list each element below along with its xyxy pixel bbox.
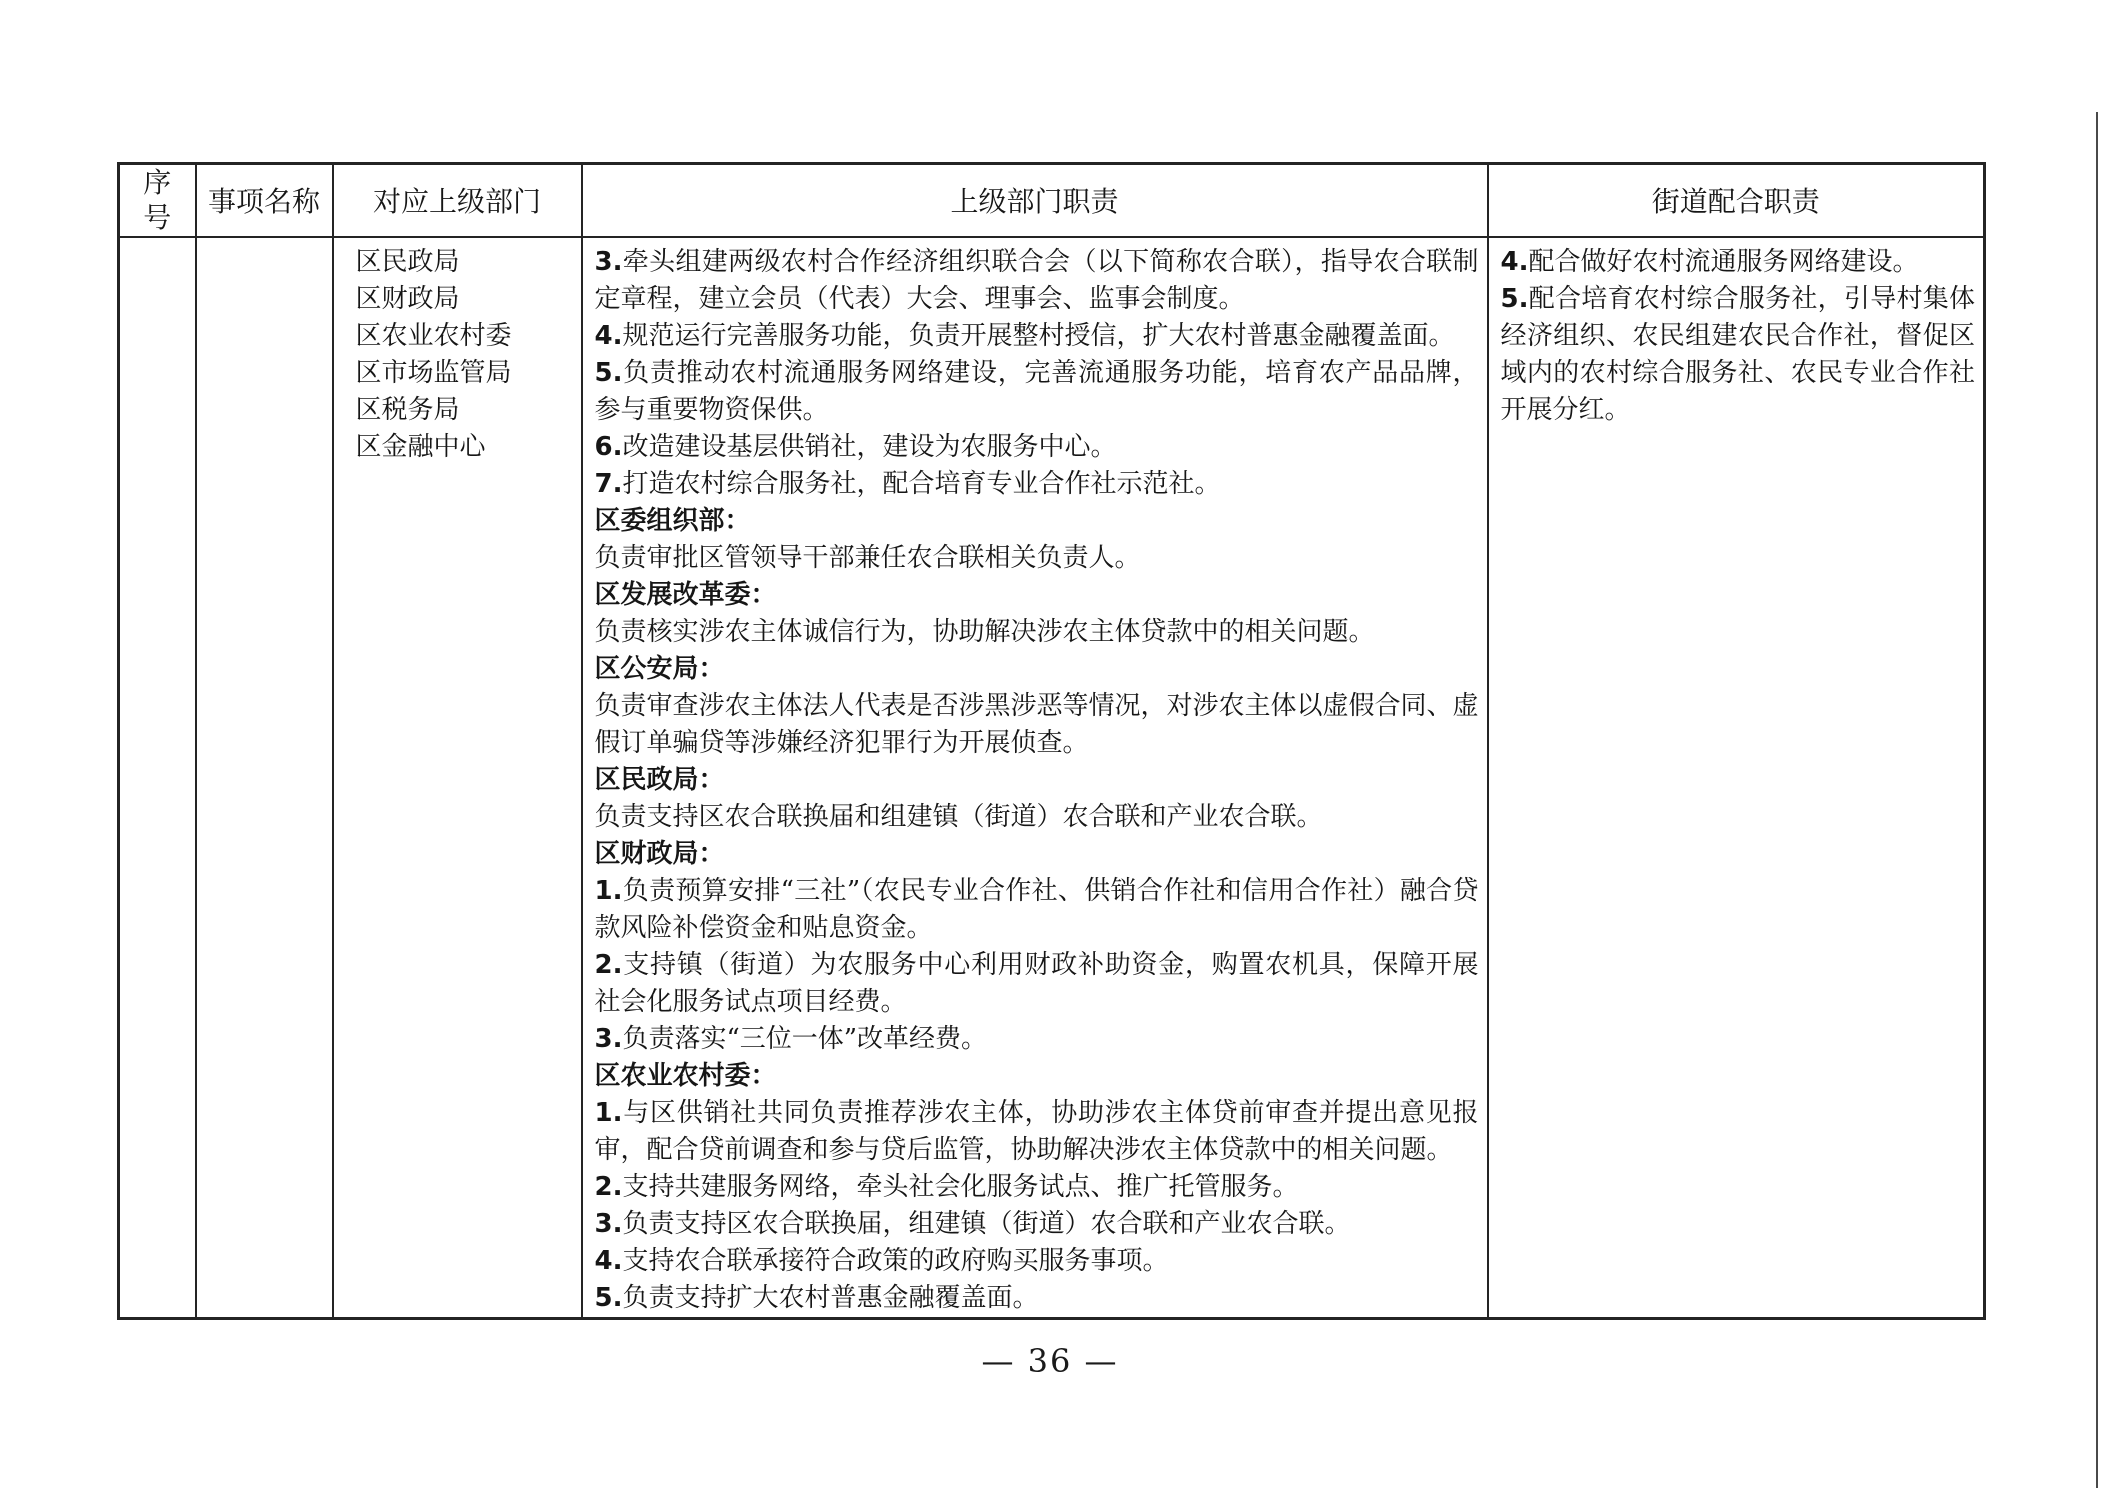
cell-superior-duties: 3.牵头组建两级农村合作经济组织联合会（以下简称农合联），指导农合联制定章程，建… <box>582 237 1488 1319</box>
duty-item-number: 3. <box>595 1024 623 1054</box>
department-item: 区农业农村委 <box>356 318 573 355</box>
duty-item: 3.负责落实“三位一体”改革经费。 <box>595 1021 1479 1058</box>
table-row: 区民政局区财政局区农业农村委区市场监管局区税务局区金融中心 3.牵头组建两级农村… <box>119 237 1985 1319</box>
duty-item: 4.配合做好农村流通服务网络建设。 <box>1501 244 1976 281</box>
duty-item-number: 2. <box>595 1172 623 1202</box>
duty-item: 2.支持共建服务网络，牵头社会化服务试点、推广托管服务。 <box>595 1169 1479 1206</box>
col-header-superior-department: 对应上级部门 <box>333 164 582 237</box>
cell-serial-number <box>119 237 196 1319</box>
duty-item: 4.支持农合联承接符合政策的政府购买服务事项。 <box>595 1243 1479 1280</box>
col-header-superior-duties: 上级部门职责 <box>582 164 1488 237</box>
duty-item: 负责核实涉农主体诚信行为，协助解决涉农主体贷款中的相关问题。 <box>595 614 1479 651</box>
col-header-serial-number: 序号 <box>119 164 196 237</box>
duty-item: 2.支持镇（街道）为农服务中心利用财政补助资金，购置农机具，保障开展社会化服务试… <box>595 947 1479 1021</box>
department-item: 区市场监管局 <box>356 355 573 392</box>
department-item: 区税务局 <box>356 392 573 429</box>
duty-item: 5.负责支持扩大农村普惠金融覆盖面。 <box>595 1280 1479 1317</box>
page-number: — 36 — <box>117 1342 1983 1380</box>
duty-item-number: 4. <box>595 321 623 351</box>
duty-item: 1.负责预算安排“三社”（农民专业合作社、供销合作社和信用合作社）融合贷款风险补… <box>595 873 1479 947</box>
duty-section-heading: 区民政局： <box>595 762 1479 799</box>
duty-item-number: 1. <box>595 1098 623 1128</box>
duty-section-heading: 区农业农村委： <box>595 1058 1479 1095</box>
cell-superior-departments: 区民政局区财政局区农业农村委区市场监管局区税务局区金融中心 <box>333 237 582 1319</box>
superior-duties-list: 3.牵头组建两级农村合作经济组织联合会（以下简称农合联），指导农合联制定章程，建… <box>595 244 1479 1317</box>
col-header-serial-number-label: 序号 <box>141 165 173 235</box>
department-item: 区民政局 <box>356 244 573 281</box>
duty-item: 负责审批区管领导干部兼任农合联相关负责人。 <box>595 540 1479 577</box>
duty-section-heading: 区委组织部： <box>595 503 1479 540</box>
col-header-street-duties: 街道配合职责 <box>1488 164 1985 237</box>
header-row: 序号 事项名称 对应上级部门 上级部门职责 街道配合职责 <box>119 164 1985 237</box>
duty-item-number: 3. <box>595 247 623 277</box>
duty-item-number: 2. <box>595 950 623 980</box>
cell-item-name <box>196 237 333 1319</box>
duty-item: 6.改造建设基层供销社，建设为农服务中心。 <box>595 429 1479 466</box>
col-header-item-name: 事项名称 <box>196 164 333 237</box>
department-item: 区金融中心 <box>356 429 573 466</box>
duty-item: 1.与区供销社共同负责推荐涉农主体，协助涉农主体贷前审查并提出意见报审，配合贷前… <box>595 1095 1479 1169</box>
duty-item-number: 7. <box>595 469 623 499</box>
duty-item-number: 1. <box>595 876 623 906</box>
duty-item: 7.打造农村综合服务社，配合培育专业合作社示范社。 <box>595 466 1479 503</box>
cell-street-duties: 4.配合做好农村流通服务网络建设。5.配合培育农村综合服务社，引导村集体经济组织… <box>1488 237 1985 1319</box>
duty-item: 3.牵头组建两级农村合作经济组织联合会（以下简称农合联），指导农合联制定章程，建… <box>595 244 1479 318</box>
duty-item-number: 6. <box>595 432 623 462</box>
duty-item: 负责支持区农合联换届和组建镇（街道）农合联和产业农合联。 <box>595 799 1479 836</box>
duty-section-heading: 区财政局： <box>595 836 1479 873</box>
duty-item-number: 4. <box>1501 247 1529 277</box>
duty-item-number: 5. <box>1501 284 1529 314</box>
duty-item-number: 5. <box>595 358 623 388</box>
scan-edge-line <box>2096 112 2098 1488</box>
department-item: 区财政局 <box>356 281 573 318</box>
superior-departments-list: 区民政局区财政局区农业农村委区市场监管局区税务局区金融中心 <box>356 244 573 466</box>
duty-item: 3.负责支持区农合联换届，组建镇（街道）农合联和产业农合联。 <box>595 1206 1479 1243</box>
duty-item: 负责审查涉农主体法人代表是否涉黑涉恶等情况，对涉农主体以虚假合同、虚假订单骗贷等… <box>595 688 1479 762</box>
duty-section-heading: 区公安局： <box>595 651 1479 688</box>
duty-item-number: 4. <box>595 1246 623 1276</box>
duty-item-number: 3. <box>595 1209 623 1239</box>
duty-item: 5.配合培育农村综合服务社，引导村集体经济组织、农民组建农民合作社，督促区域内的… <box>1501 281 1976 429</box>
document-page: 序号 事项名称 对应上级部门 上级部门职责 街道配合职责 区民政局区财政局区农业… <box>0 0 2104 1488</box>
duty-item: 5.负责推动农村流通服务网络建设，完善流通服务功能，培育农产品品牌，参与重要物资… <box>595 355 1479 429</box>
duties-table: 序号 事项名称 对应上级部门 上级部门职责 街道配合职责 区民政局区财政局区农业… <box>117 162 1986 1320</box>
duty-section-heading: 区发展改革委： <box>595 577 1479 614</box>
duty-item-number: 5. <box>595 1283 623 1313</box>
duty-item: 4.规范运行完善服务功能，负责开展整村授信，扩大农村普惠金融覆盖面。 <box>595 318 1479 355</box>
street-duties-list: 4.配合做好农村流通服务网络建设。5.配合培育农村综合服务社，引导村集体经济组织… <box>1501 244 1976 429</box>
